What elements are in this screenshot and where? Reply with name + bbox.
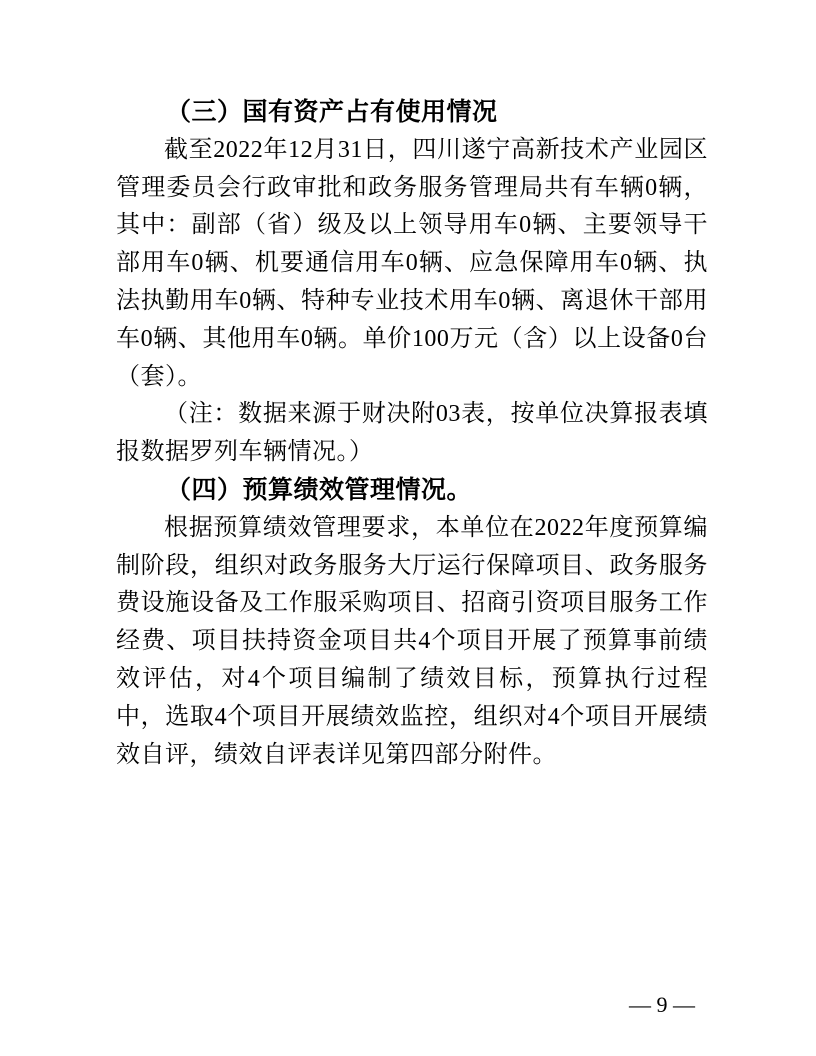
paragraph-data-source-note: （注：数据来源于财决附03表，按单位决算报表填报数据罗列车辆情况。） xyxy=(116,396,708,472)
page-number: — 9 — xyxy=(629,992,695,1017)
paragraph-performance-management: 根据预算绩效管理要求，本单位在2022年度预算编制阶段，组织对政务服务大厅运行保… xyxy=(116,510,708,775)
section-heading-state-assets: （三）国有资产占有使用情况 xyxy=(116,94,708,132)
page-footer: — 9 — xyxy=(629,990,695,1020)
document-page: （三）国有资产占有使用情况 截至2022年12月31日，四川遂宁高新技术产业园区… xyxy=(0,0,816,1056)
paragraph-vehicles-equipment: 截至2022年12月31日，四川遂宁高新技术产业园区管理委员会行政审批和政务服务… xyxy=(116,132,708,397)
document-content: （三）国有资产占有使用情况 截至2022年12月31日，四川遂宁高新技术产业园区… xyxy=(116,94,708,774)
section-heading-budget-performance: （四）预算绩效管理情况。 xyxy=(116,472,708,510)
